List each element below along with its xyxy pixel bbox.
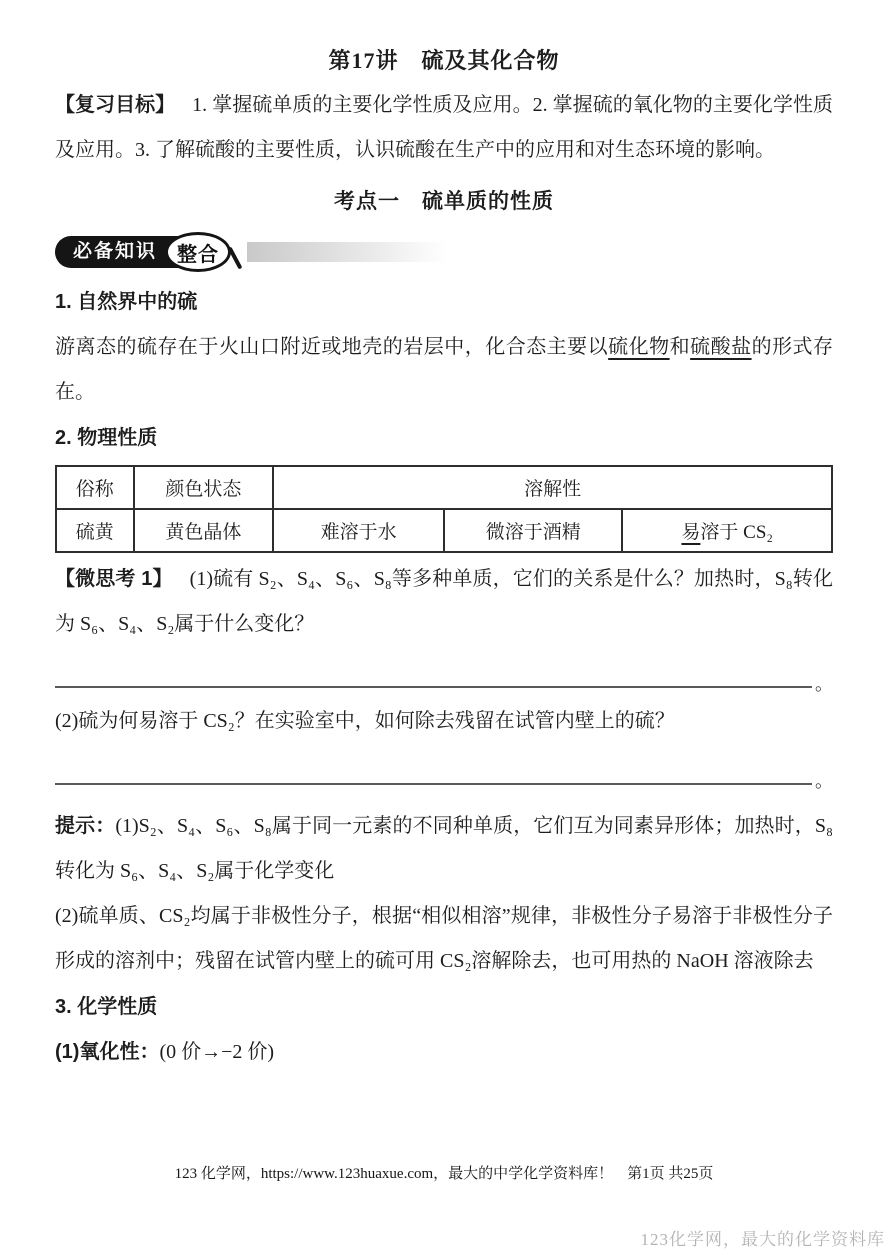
- blank-underline-2: [55, 783, 812, 785]
- knowledge-badge: 必备知识 整合: [55, 231, 833, 273]
- hint-label: 提示：: [55, 815, 115, 837]
- oxidizing-property-paragraph: (1)氧化性：(0 价→−2 价): [55, 1030, 833, 1075]
- footer-site-text: 123 化学网，https://www.123huaxue.com，最大的中学化…: [175, 1166, 614, 1182]
- table-header-solubility: 溶解性: [273, 466, 832, 509]
- blank-underline-1: [55, 686, 812, 688]
- hint-text-1: (1)S₂、S₄、S₆、S₈属于同一元素的不同种单质，它们互为同素异形体；加热时…: [55, 815, 833, 882]
- hint-paragraph-1: 提示：(1)S₂、S₄、S₆、S₈属于同一元素的不同种单质，它们互为同素异形体；…: [55, 804, 833, 894]
- table-cell-color-state: 黄色晶体: [134, 509, 274, 552]
- review-goals-label: 【复习目标】: [55, 94, 175, 116]
- microthink-question-2: (2)硫为何易溶于 CS₂？在实验室中，如何除去残留在试管内壁上的硫？: [55, 699, 833, 744]
- microthink-paragraph: 【微思考 1】(1)硫有 S₂、S₄、S₆、S₈等多种单质，它们的关系是什么？加…: [55, 557, 833, 647]
- oxidizing-label: (1)氧化性：: [55, 1041, 159, 1063]
- answer-blank-line-2: 。: [55, 770, 833, 792]
- subheading-physical-properties: 2. 物理性质: [55, 415, 833, 461]
- underlined-term-sulfate: 硫酸盐: [690, 336, 751, 358]
- nature-text-2: 和: [670, 336, 691, 358]
- blank-period-1: 。: [815, 673, 833, 695]
- page-content: 第17讲 硫及其化合物 【复习目标】1. 掌握硫单质的主要化学性质及应用。2. …: [0, 0, 888, 1075]
- table-cell-alias: 硫黄: [56, 509, 134, 552]
- badge-tail-stroke: [228, 246, 243, 269]
- hint-paragraph-2: (2)硫单质、CS₂均属于非极性分子，根据“相似相溶”规律，非极性分子易溶于非极…: [55, 894, 833, 984]
- table-cell-cs2: 易溶于 CS₂: [622, 509, 832, 552]
- physical-properties-table: 俗称 颜色状态 溶解性 硫黄 黄色晶体 难溶于水 微溶于酒精 易溶于 CS₂: [55, 465, 833, 553]
- table-header-color-state: 颜色状态: [134, 466, 274, 509]
- microthink-label: 【微思考 1】: [55, 568, 173, 590]
- nature-sulfur-paragraph: 游离态的硫存在于火山口附近或地壳的岩层中，化合态主要以硫化物和硫酸盐的形式存在。: [55, 325, 833, 415]
- underlined-char-yi: 易: [681, 522, 700, 543]
- table-data-row: 硫黄 黄色晶体 难溶于水 微溶于酒精 易溶于 CS₂: [56, 509, 832, 552]
- blank-period-2: 。: [815, 770, 833, 792]
- table-header-row: 俗称 颜色状态 溶解性: [56, 466, 832, 509]
- answer-blank-line-1: 。: [55, 673, 833, 695]
- footer-page-number: 第1页 共25页: [627, 1166, 713, 1182]
- review-goals-paragraph: 【复习目标】1. 掌握硫单质的主要化学性质及应用。2. 掌握硫的氧化物的主要化学…: [55, 83, 833, 173]
- table-header-alias: 俗称: [56, 466, 134, 509]
- underlined-term-sulfide: 硫化物: [608, 336, 669, 358]
- page-title: 第17讲 硫及其化合物: [55, 44, 833, 75]
- table-cell-alcohol: 微溶于酒精: [444, 509, 622, 552]
- nature-text-1: 游离态的硫存在于火山口附近或地壳的岩层中，化合态主要以: [55, 336, 608, 358]
- page-footer: 123 化学网，https://www.123huaxue.com，最大的中学化…: [0, 1162, 888, 1183]
- cs2-text: 溶于 CS₂: [700, 522, 773, 543]
- subheading-nature-sulfur: 1. 自然界中的硫: [55, 279, 833, 325]
- document-page: 第17讲 硫及其化合物 【复习目标】1. 掌握硫单质的主要化学性质及应用。2. …: [0, 0, 888, 1255]
- subheading-chemical-properties: 3. 化学性质: [55, 984, 833, 1030]
- oxidizing-text: (0 价→−2 价): [159, 1041, 274, 1063]
- badge-right-label: 整合: [165, 232, 231, 272]
- section-heading-kaodian-1: 考点一 硫单质的性质: [55, 185, 833, 215]
- badge-gradient-strip: [247, 242, 447, 262]
- table-cell-water: 难溶于水: [273, 509, 444, 552]
- watermark-text: 123化学网，最大的化学资料库: [641, 1225, 886, 1250]
